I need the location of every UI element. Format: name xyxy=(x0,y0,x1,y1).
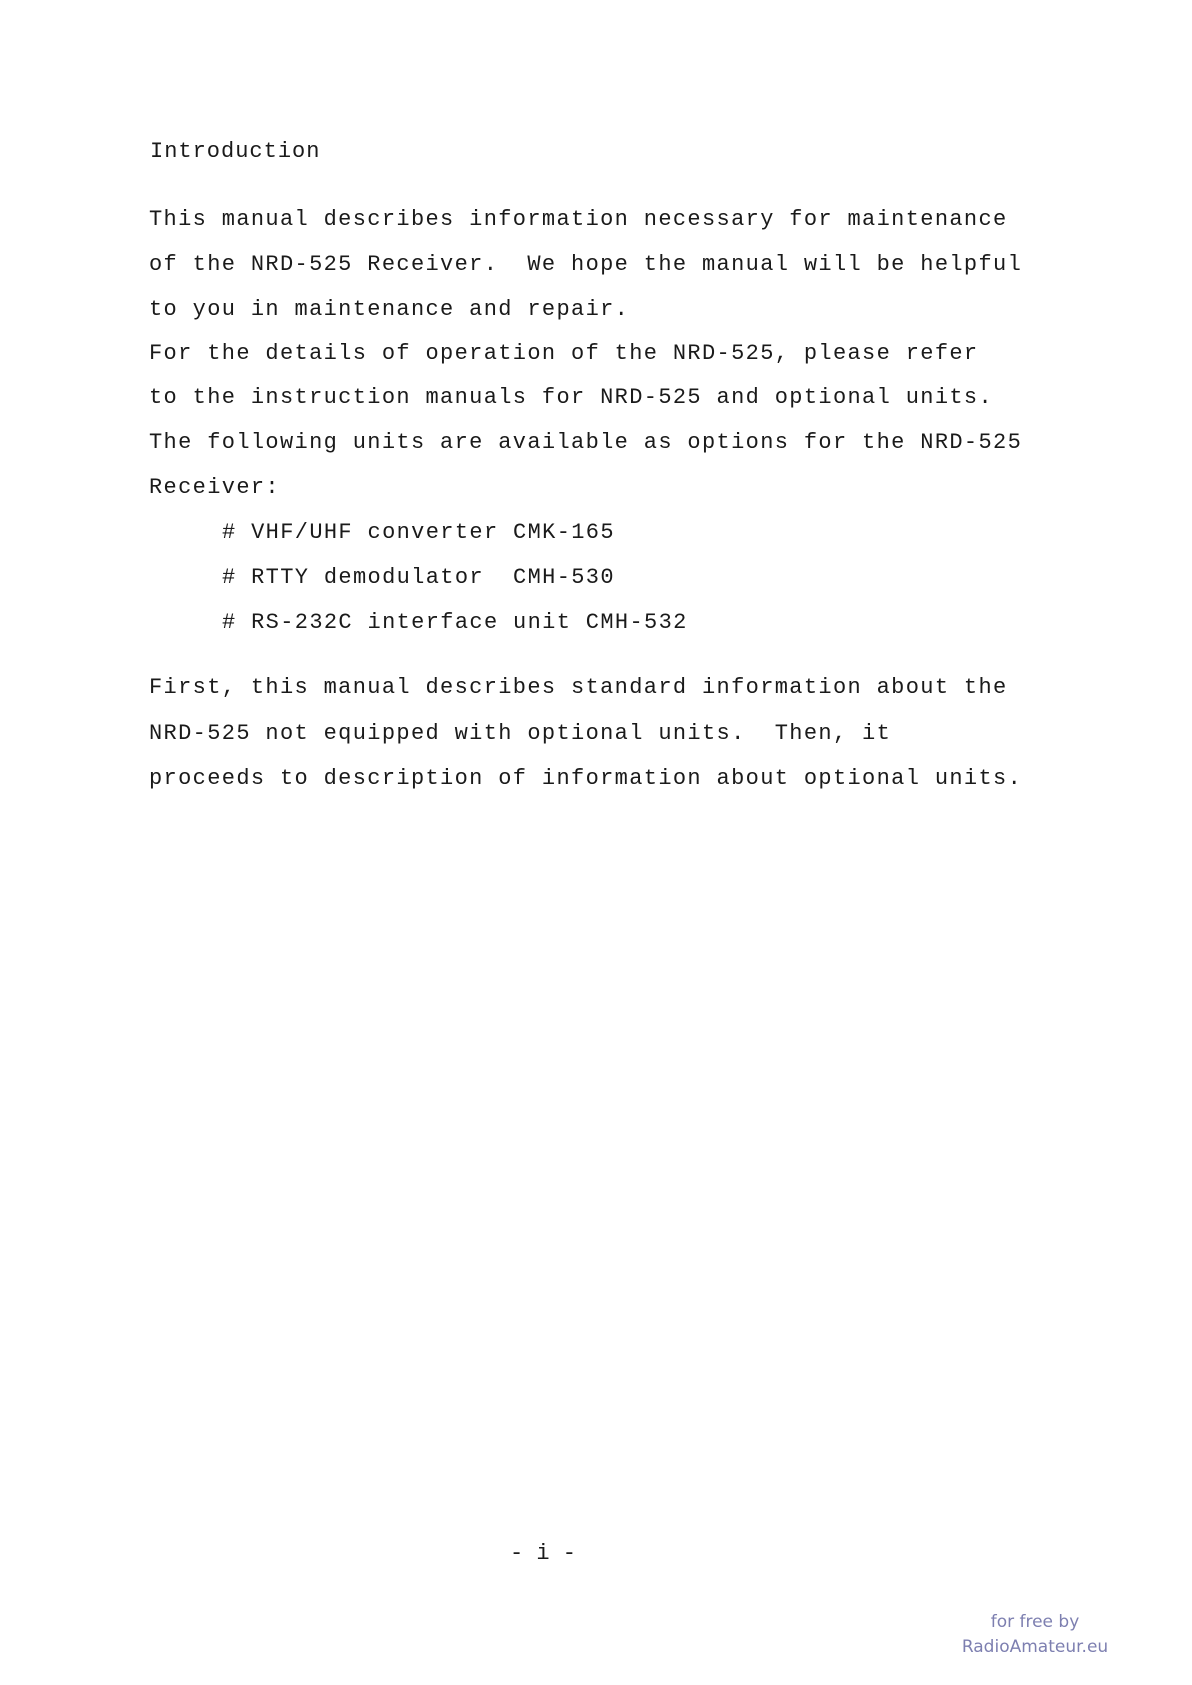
paragraph-line: First, this manual describes standard in… xyxy=(149,674,1008,702)
paragraph-line: Receiver: xyxy=(149,474,280,502)
manual-page: Introduction This manual describes infor… xyxy=(0,0,1192,1685)
option-list-item: # RS-232C interface unit CMH-532 xyxy=(222,609,688,637)
paragraph-line: This manual describes information necess… xyxy=(149,206,1008,234)
page-number: - i - xyxy=(510,1540,576,1568)
paragraph-line: For the details of operation of the NRD-… xyxy=(149,340,978,368)
paragraph-line: of the NRD-525 Receiver. We hope the man… xyxy=(149,251,1022,279)
watermark: for free by RadioAmateur.eu xyxy=(950,1610,1120,1660)
option-list-item: # VHF/UHF converter CMK-165 xyxy=(222,519,615,547)
paragraph-line: The following units are available as opt… xyxy=(149,429,1022,457)
paragraph-line: to you in maintenance and repair. xyxy=(149,296,629,324)
paragraph-line: proceeds to description of information a… xyxy=(149,765,1022,793)
option-list-item: # RTTY demodulator CMH-530 xyxy=(222,564,615,592)
section-heading: Introduction xyxy=(150,138,320,166)
watermark-line: RadioAmateur.eu xyxy=(950,1635,1120,1660)
paragraph-line: to the instruction manuals for NRD-525 a… xyxy=(149,384,993,412)
paragraph-line: NRD-525 not equipped with optional units… xyxy=(149,720,891,748)
watermark-line: for free by xyxy=(950,1610,1120,1635)
